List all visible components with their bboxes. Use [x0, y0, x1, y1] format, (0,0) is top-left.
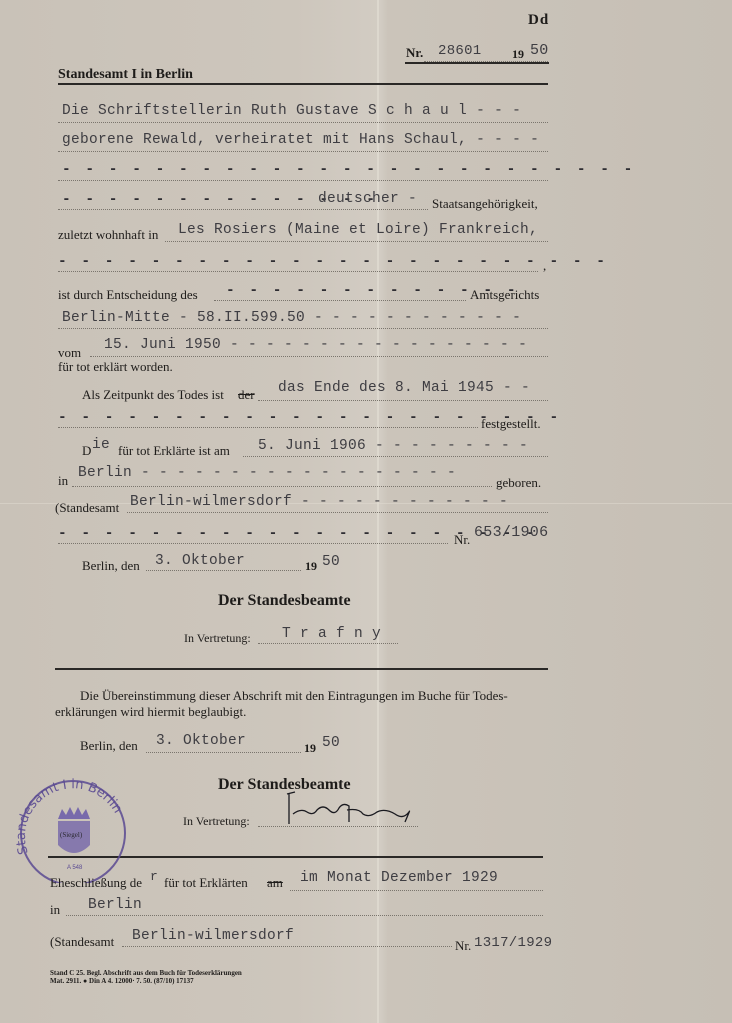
- certification-line-2: erklärungen wird hiermit beglaubigt.: [55, 704, 246, 720]
- sig2-year-suffix: 50: [322, 735, 340, 751]
- marriage-label-a: Eheschließung de: [50, 875, 142, 891]
- sig1-title: Der Standesbeamte: [218, 592, 351, 610]
- sig1-year-prefix: 19: [305, 559, 317, 574]
- marriage-nr-label: Nr.: [455, 938, 471, 954]
- declared-label: für tot erklärt worden.: [58, 359, 173, 375]
- form-footer-line-1: Stand C 25. Begl. Abschrift aus dem Buch…: [50, 969, 242, 977]
- entry-line-1: Die Schriftstellerin Ruth Gustave S c h …: [62, 103, 521, 119]
- marriage-nr: 1317/1929: [474, 935, 552, 951]
- marriage-date: im Monat Dezember 1929: [300, 870, 498, 886]
- court-reference: Berlin-Mitte - 58.II.599.50 - - - - - - …: [62, 310, 521, 326]
- residence-label: zuletzt wohnhaft in: [58, 227, 158, 243]
- registry-value: Berlin-wilmersdorf - - - - - - - - - - -…: [130, 494, 508, 510]
- year-prefix: 19: [512, 47, 524, 62]
- year-suffix: 50: [530, 42, 549, 59]
- death-value: das Ende des 8. Mai 1945 - -: [278, 380, 530, 396]
- entry-line-6: - - - - - - - - - - - - - - - - - - - - …: [58, 254, 608, 270]
- court-label: Amtsgerichts: [470, 287, 539, 303]
- official-seal: Standesamt I in Berlin (Siegel) A 548: [14, 775, 132, 883]
- registry-nr: 653/1906: [474, 524, 548, 541]
- form-footer-line-2: Mat. 2911. ● Din A 4. 12000· 7. 50. (87/…: [50, 977, 194, 985]
- birth-date: 5. Juni 1906 - - - - - - - - -: [258, 438, 528, 454]
- marriage-label-b: für tot Erklärten: [164, 875, 248, 891]
- register-number: 28601: [438, 43, 482, 59]
- born-typed: ie: [92, 437, 110, 453]
- born-prefix: D: [82, 443, 91, 459]
- birth-place: Berlin - - - - - - - - - - - - - - - - -…: [78, 465, 456, 481]
- nationality-value: deutscher -: [318, 191, 417, 207]
- marriage-struck-word: am: [267, 875, 283, 891]
- death-label: Als Zeitpunkt des Todes ist: [82, 387, 224, 403]
- handwritten-signature: [265, 790, 425, 840]
- marriage-place: Berlin: [88, 897, 142, 913]
- sig1-year-suffix: 50: [322, 554, 340, 570]
- sig1-place-label: Berlin, den: [82, 558, 140, 574]
- nationality-label: Staatsangehörigkeit,: [432, 196, 538, 212]
- marriage-registry-value: Berlin-wilmersdorf: [132, 928, 294, 944]
- born-label: für tot Erklärte ist am: [118, 443, 230, 459]
- sig2-date: 3. Oktober: [156, 733, 246, 749]
- svg-text:(Siegel): (Siegel): [60, 831, 83, 839]
- marriage-label-typed: r: [150, 869, 158, 884]
- entry-line-3: - - - - - - - - - - - - - - - - - - - - …: [62, 162, 635, 178]
- entry-line-2: geborene Rewald, verheiratet mit Hans Sc…: [62, 132, 539, 148]
- sig1-deputy-label: In Vertretung:: [184, 631, 251, 646]
- decision-label: ist durch Entscheidung des: [58, 287, 198, 303]
- svg-text:A 548: A 548: [67, 865, 83, 871]
- office-title: Standesamt I in Berlin: [58, 67, 193, 83]
- born-suffix: geboren.: [496, 475, 541, 491]
- nr-label: Nr.: [406, 45, 423, 61]
- sig2-year-prefix: 19: [304, 741, 316, 756]
- marriage-in-label: in: [50, 902, 60, 918]
- registry-label: (Standesamt: [55, 500, 119, 516]
- established-label: festgestellt.: [481, 416, 541, 432]
- born-in-label: in: [58, 473, 68, 489]
- sig2-place-label: Berlin, den: [80, 738, 138, 754]
- registry-nr-label: Nr.: [454, 532, 470, 548]
- residence-value: Les Rosiers (Maine et Loire) Frankreich,: [178, 222, 538, 238]
- marriage-registry-label: (Standesamt: [50, 934, 114, 950]
- sig2-deputy-label: In Vertretung:: [183, 814, 250, 829]
- vom-value: 15. Juni 1950 - - - - - - - - - - - - - …: [104, 337, 527, 353]
- certification-line-1: Die Übereinstimmung dieser Abschrift mit…: [80, 688, 508, 704]
- sig1-date: 3. Oktober: [155, 553, 245, 569]
- death-struck-word: der: [238, 387, 255, 403]
- sig1-deputy-name: T r a f n y: [282, 626, 381, 642]
- entry-line-6-end: ,: [543, 258, 546, 274]
- form-code: Dd: [528, 12, 549, 29]
